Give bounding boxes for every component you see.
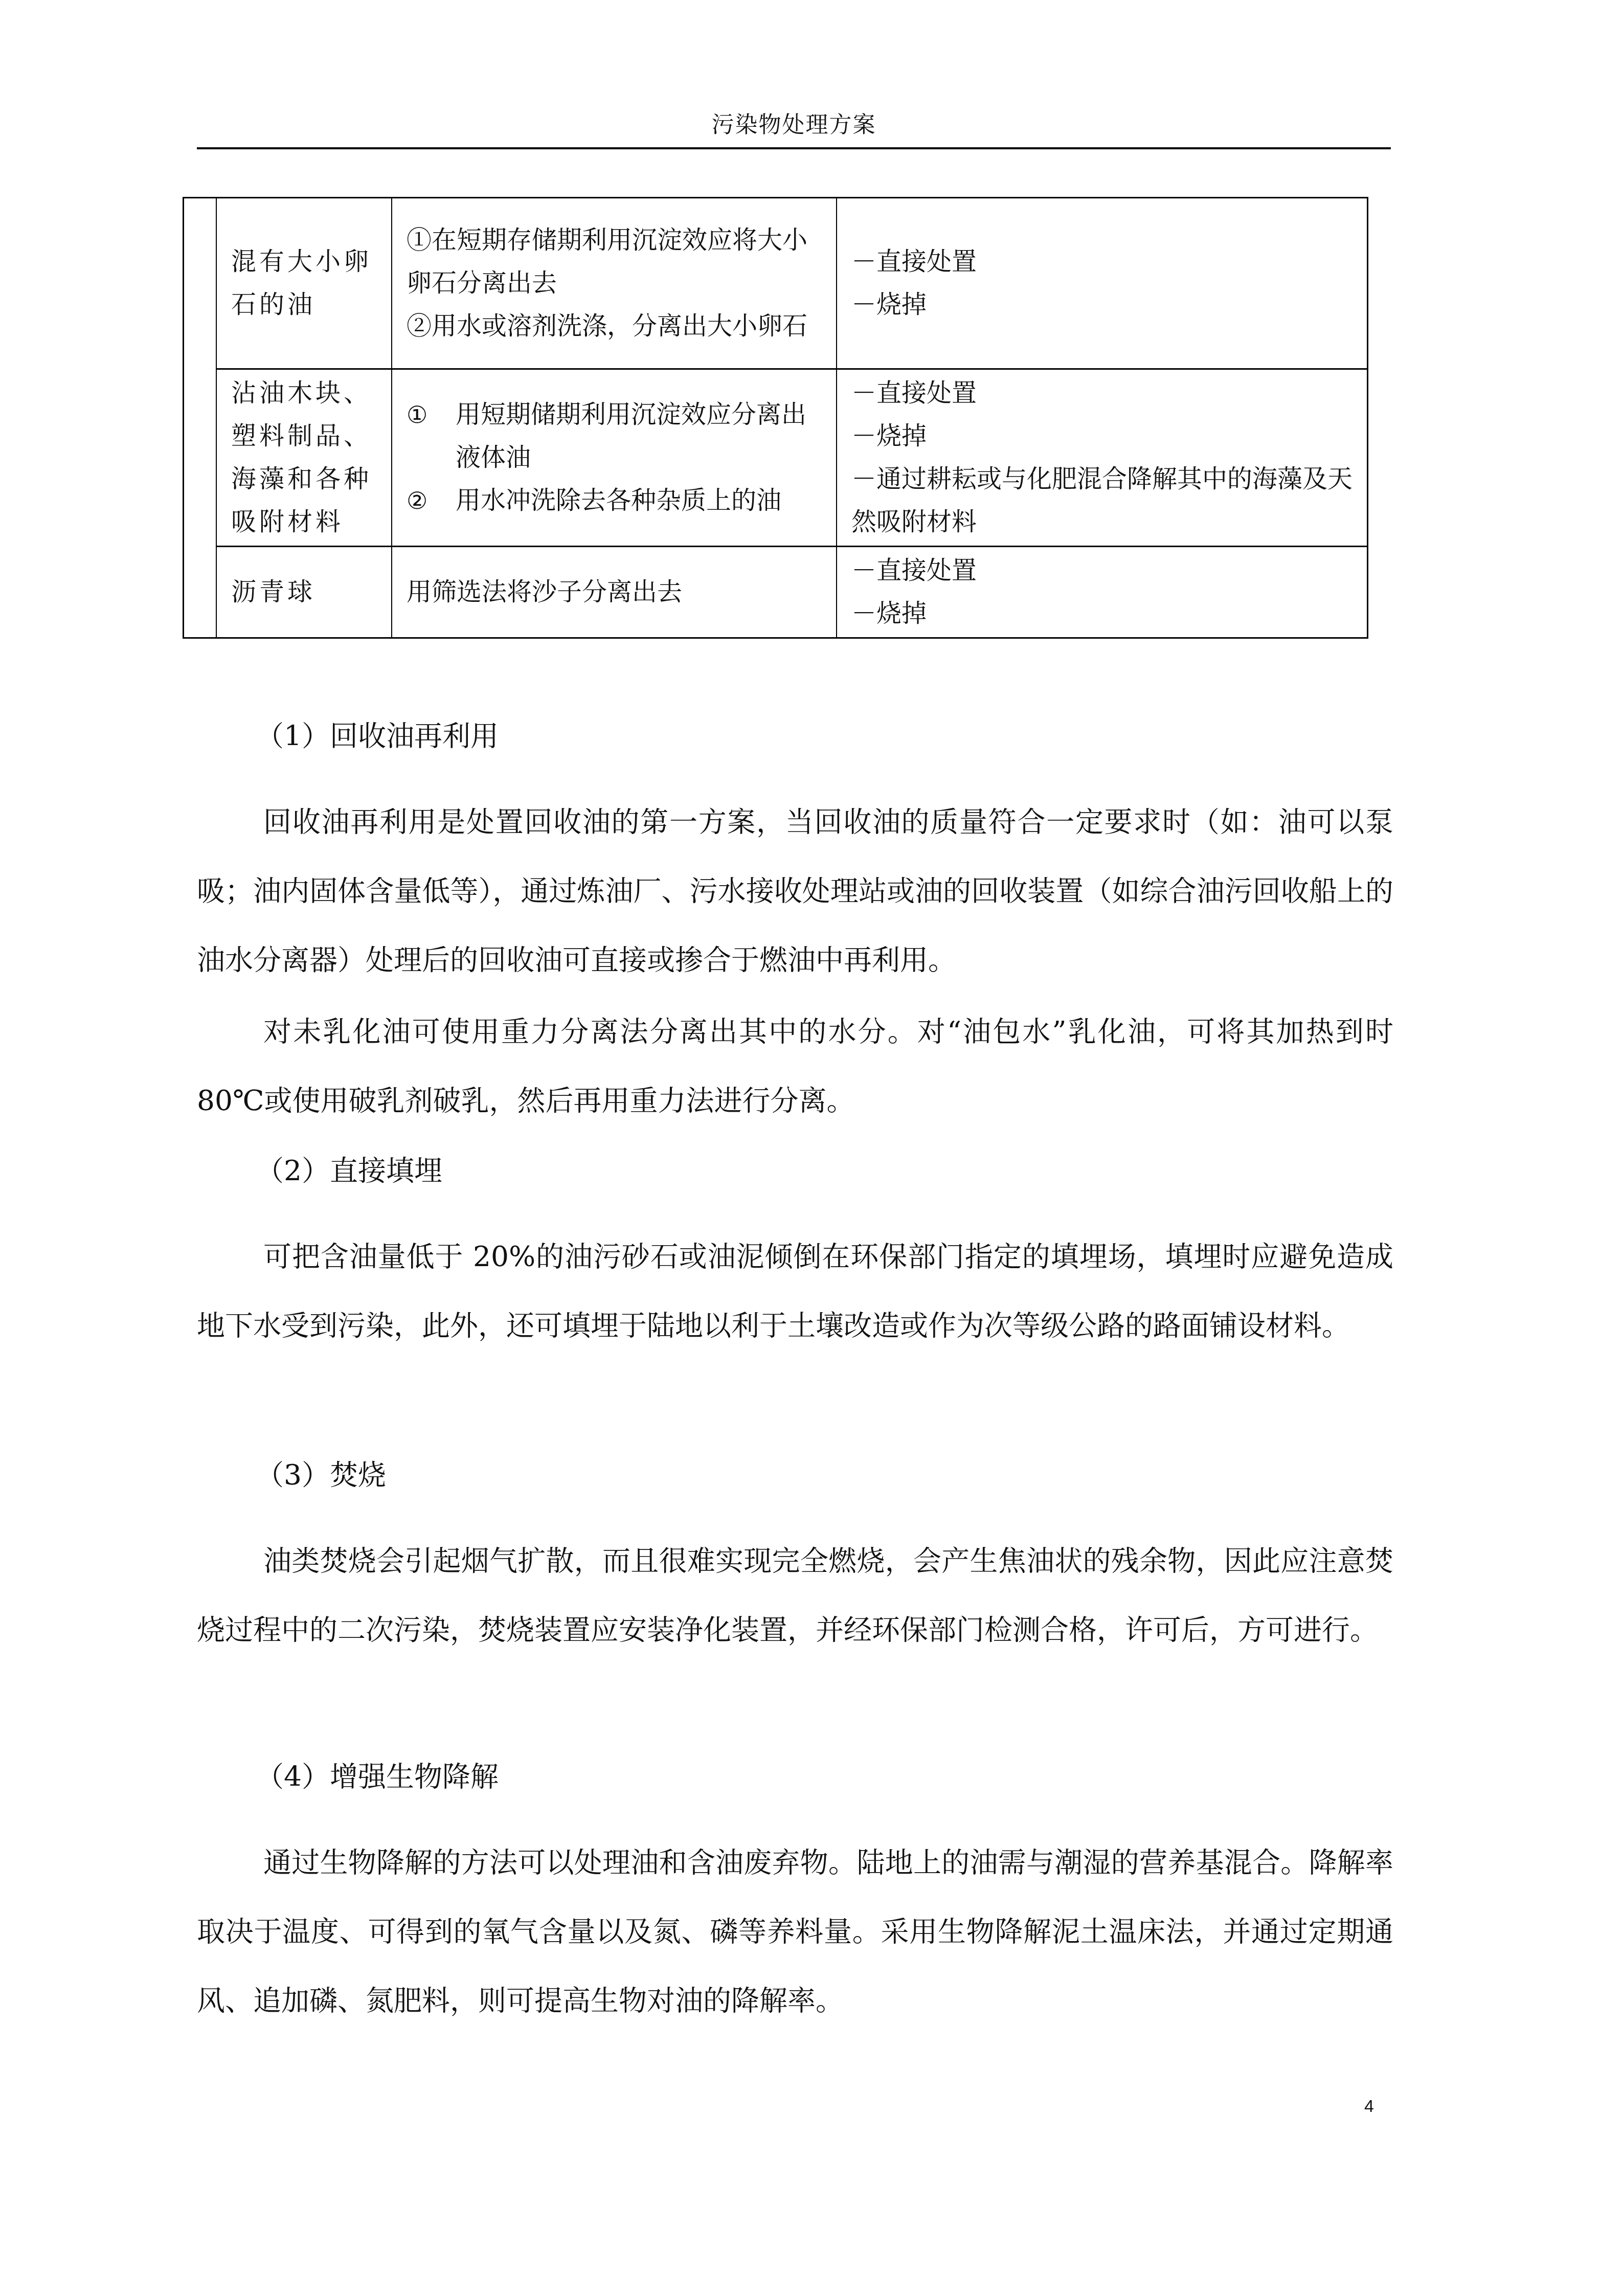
section-heading: （3）焚烧 [256,1452,386,1493]
method-step: ②用水或溶剂洗涤，分离出大小卵石 [407,305,822,348]
page-header-title: 污染物处理方案 [197,110,1391,141]
section-heading: （4）增强生物降解 [256,1754,499,1794]
section-heading: （2）直接填埋 [256,1148,442,1188]
table-cell-method: ①在短期存储期利用沉淀效应将大小卵石分离出去 ②用水或溶剂洗涤，分离出大小卵石 [392,198,837,369]
disposal-option: －烧掉 [851,283,1352,326]
method-step: ①在短期存储期利用沉淀效应将大小卵石分离出去 [407,219,822,305]
table-cell-disposal: －直接处置 －烧掉 [837,547,1368,638]
table-cell-category: 沾油木块、塑料制品、海藻和各种吸附材料 [216,369,392,547]
paragraph: 对未乳化油可使用重力分离法分离出其中的水分。对“油包水”乳化油，可将其加热到时 … [197,997,1393,1135]
table-cell-disposal: －直接处置 －烧掉 [837,198,1368,369]
paragraph: 回收油再利用是处置回收油的第一方案，当回收油的质量符合一定要求时（如：油可以泵吸… [197,787,1393,995]
disposal-option: －烧掉 [851,415,1352,458]
disposal-option: －直接处置 [851,549,1352,592]
table-cell-category: 混有大小卵石的油 [216,198,392,369]
table-row: 沾油木块、塑料制品、海藻和各种吸附材料 ①用短期储期利用沉淀效应分离出液体油 ②… [184,369,1368,547]
table-cell-category: 沥青球 [216,547,392,638]
table-cell-disposal: －直接处置 －烧掉 －通过耕耘或与化肥混合降解其中的海藻及天然吸附材料 [837,369,1368,547]
table-merged-first-column [184,198,217,638]
paragraph: 油类焚烧会引起烟气扩散，而且很难实现完全燃烧，会产生焦油状的残余物，因此应注意焚… [197,1526,1393,1664]
disposal-table: 混有大小卵石的油 ①在短期存储期利用沉淀效应将大小卵石分离出去 ②用水或溶剂洗涤… [183,197,1368,639]
header-divider [197,147,1391,149]
table-row: 沥青球 用筛选法将沙子分离出去 －直接处置 －烧掉 [184,547,1368,638]
table-cell-method: ①用短期储期利用沉淀效应分离出液体油 ②用水冲洗除去各种杂质上的油 [392,369,837,547]
section-heading: （1）回收油再利用 [256,713,499,754]
disposal-option: －直接处置 [851,372,1352,415]
page-number: 4 [1364,2097,1374,2117]
table-cell-method: 用筛选法将沙子分离出去 [392,547,837,638]
method-step: ①用短期储期利用沉淀效应分离出液体油 [407,393,822,479]
method-step: ②用水冲洗除去各种杂质上的油 [407,479,822,522]
disposal-option: －直接处置 [851,240,1352,283]
disposal-option: －通过耕耘或与化肥混合降解其中的海藻及天然吸附材料 [851,458,1352,544]
table-row: 混有大小卵石的油 ①在短期存储期利用沉淀效应将大小卵石分离出去 ②用水或溶剂洗涤… [184,198,1368,369]
disposal-option: －烧掉 [851,592,1352,635]
paragraph: 可把含油量低于 20%的油污砂石或油泥倾倒在环保部门指定的填埋场，填埋时应避免造… [197,1222,1393,1360]
paragraph: 通过生物降解的方法可以处理油和含油废弃物。陆地上的油需与潮湿的营养基混合。降解率… [197,1828,1393,2035]
